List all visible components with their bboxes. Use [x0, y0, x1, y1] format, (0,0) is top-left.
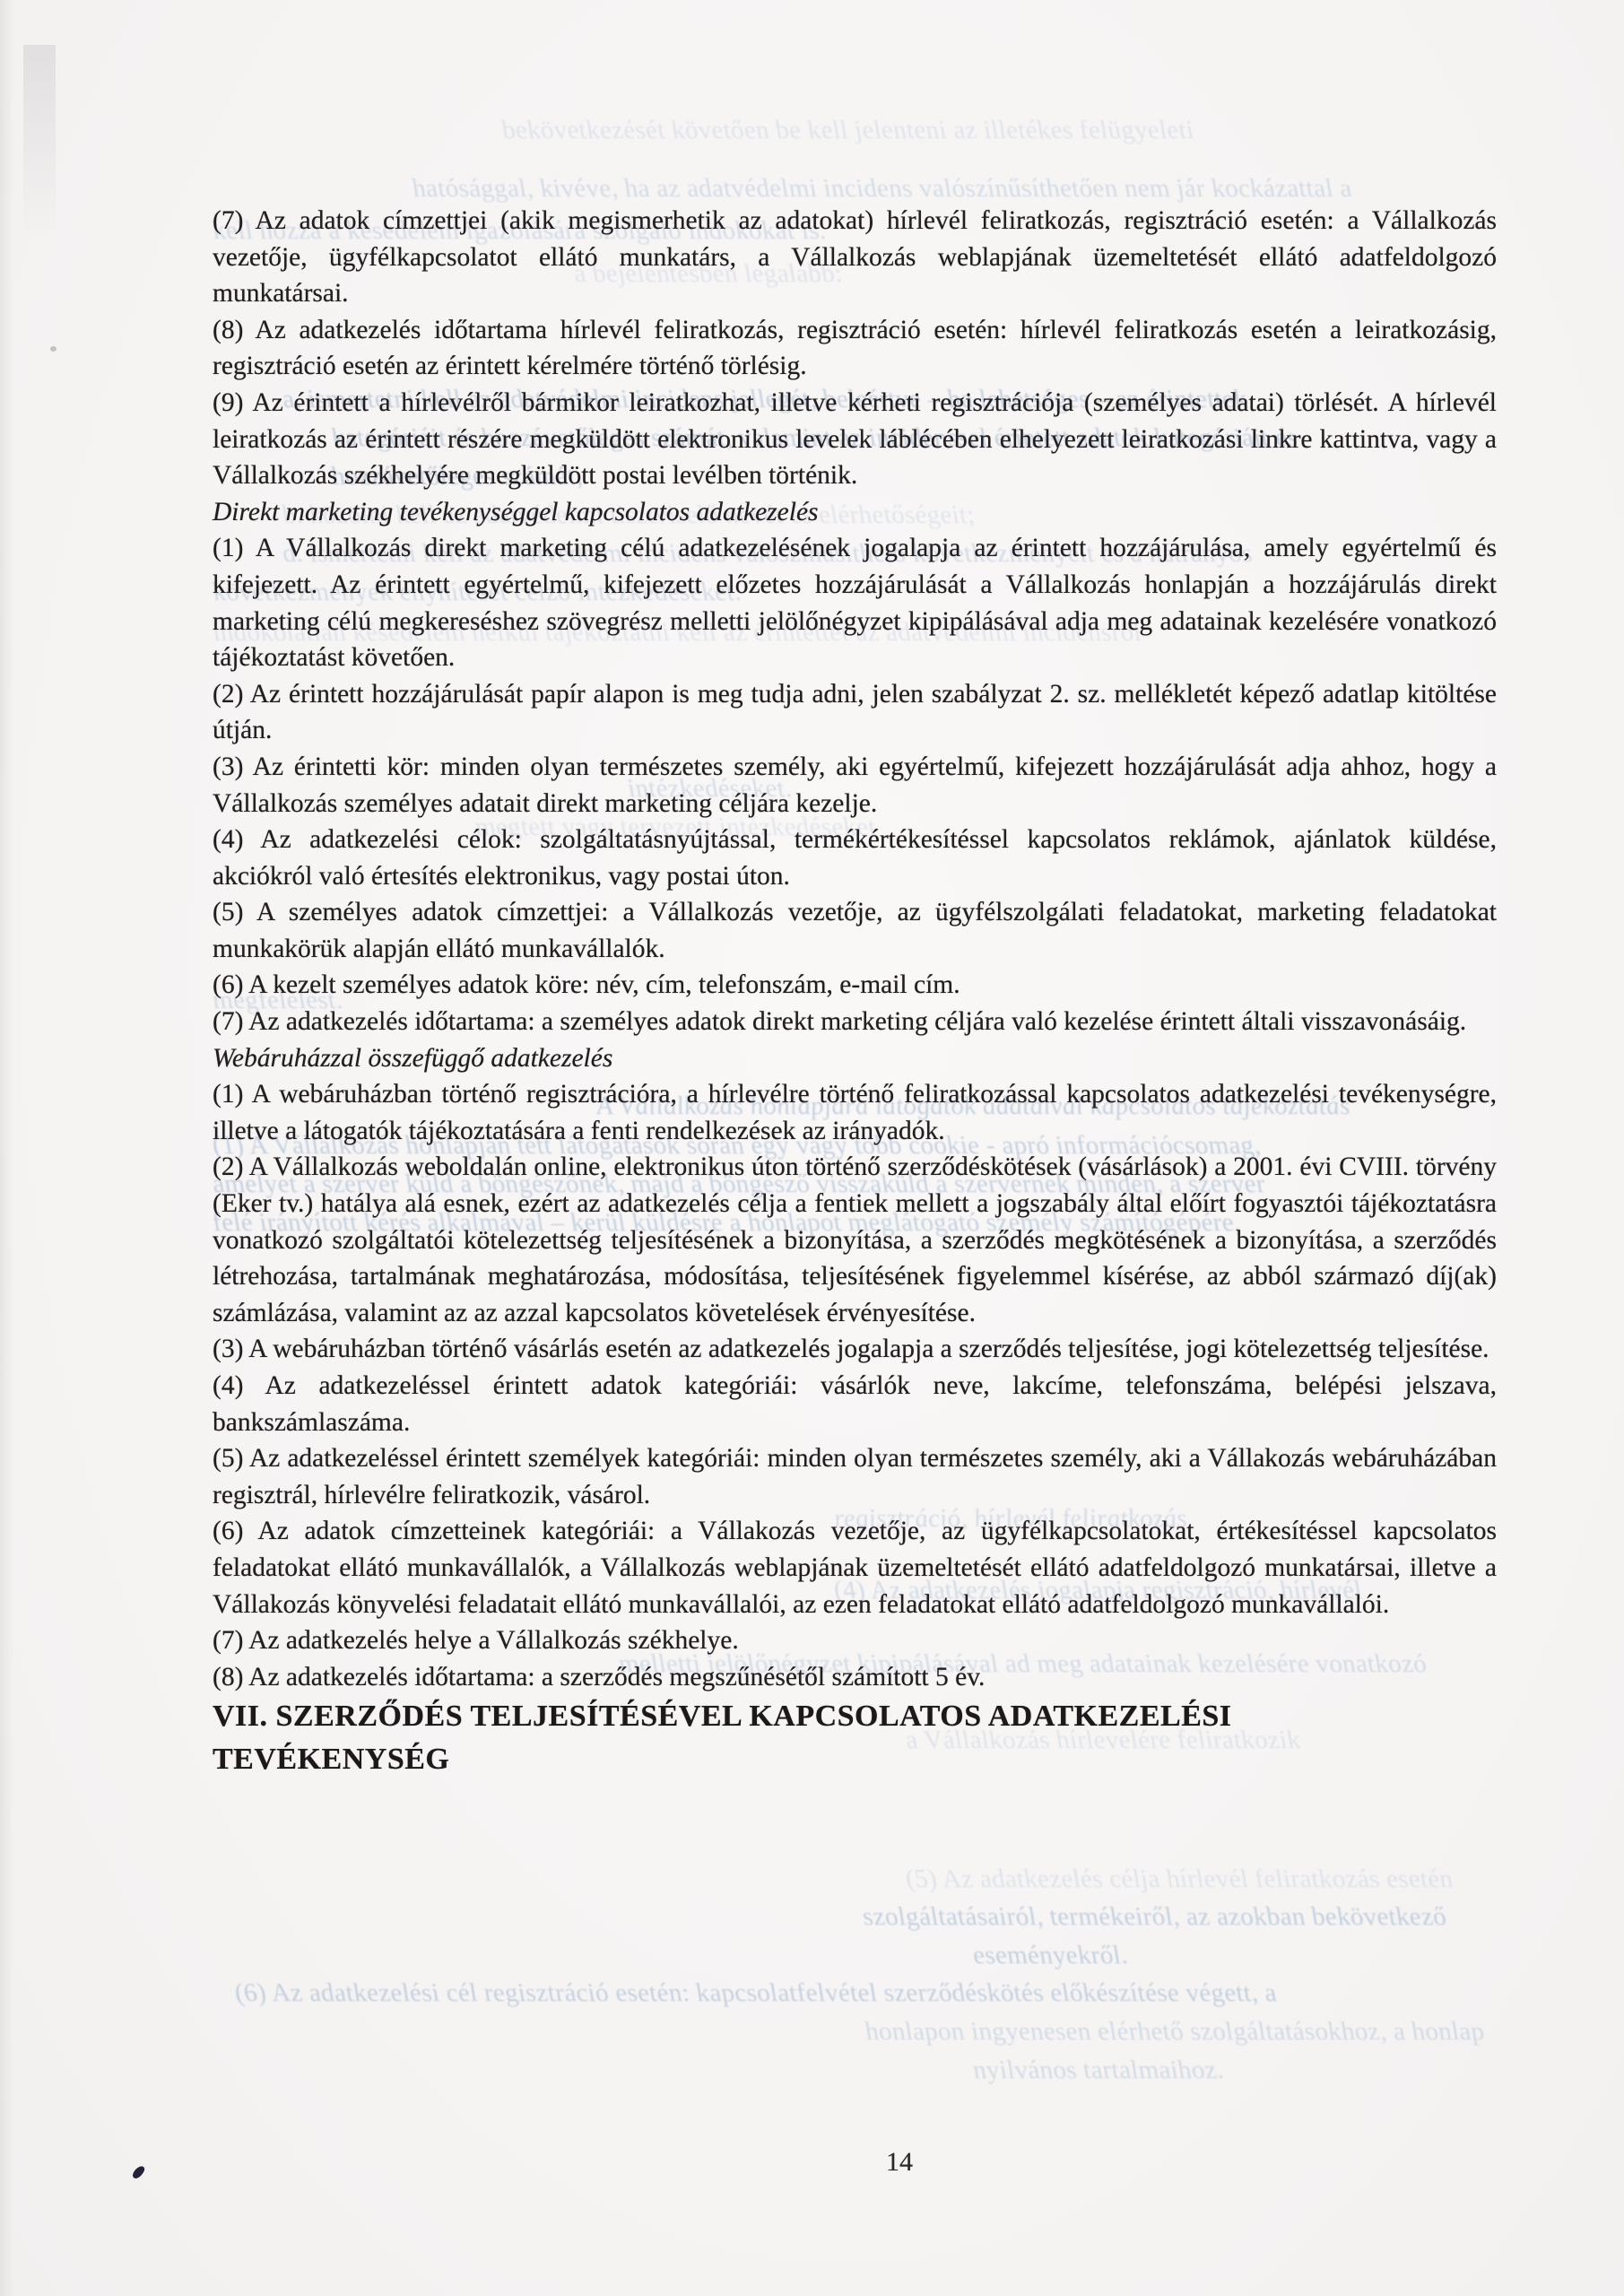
page-number: 14	[886, 2147, 913, 2178]
paragraph-ws-6: (6) Az adatok címzetteinek kategóriái: a…	[213, 1513, 1497, 1622]
bleedthrough-text: hatósággal, kivéve, ha az adatvédelmi in…	[410, 173, 1354, 204]
paragraph-dm-1: (1) A Vállalkozás direkt marketing célú …	[213, 530, 1497, 675]
bleedthrough-text: szolgáltatásairól, termékeiről, az azokb…	[860, 1901, 1448, 1932]
bleedthrough-text: bekövetkezését követően be kell jelenten…	[499, 115, 1195, 145]
paragraph-ws-4: (4) Az adatkezeléssel érintett adatok ka…	[213, 1368, 1497, 1440]
paragraph-newsletter-9: (9) Az érintett a hírlevélről bármikor l…	[213, 385, 1497, 494]
paragraph-ws-7: (7) Az adatkezelés helye a Vállalkozás s…	[213, 1622, 1497, 1659]
scanner-edge-artifact	[23, 45, 56, 238]
document-page: bekövetkezését követően be kell jelenten…	[0, 0, 1624, 2296]
paragraph-dm-2: (2) Az érintett hozzájárulását papír ala…	[213, 676, 1497, 749]
paragraph-dm-5: (5) A személyes adatok címzettjei: a Vál…	[213, 894, 1497, 967]
bleedthrough-text: nyilvános tartalmaihoz.	[970, 2055, 1225, 2085]
section-heading-webshop: Webáruházzal összefüggő adatkezelés	[213, 1040, 1497, 1077]
section-heading-direct-marketing: Direkt marketing tevékenységgel kapcsola…	[213, 494, 1497, 531]
ink-speck	[131, 2164, 146, 2180]
paragraph-newsletter-8: (8) Az adatkezelés időtartama hírlevél f…	[213, 312, 1497, 385]
paragraph-ws-3: (3) A webáruházban történő vásárlás eset…	[213, 1331, 1497, 1368]
ink-speck	[50, 346, 56, 352]
paragraph-ws-5: (5) Az adatkezeléssel érintett személyek…	[213, 1440, 1497, 1513]
paragraph-dm-6: (6) A kezelt személyes adatok köre: név,…	[213, 967, 1497, 1004]
paragraph-dm-7: (7) Az adatkezelés időtartama: a személy…	[213, 1004, 1497, 1040]
paragraph-ws-8: (8) Az adatkezelés időtartama: a szerződ…	[213, 1659, 1497, 1696]
paragraph-ws-1: (1) A webáruházban történő regisztrációr…	[213, 1076, 1497, 1149]
bleedthrough-text: eseményekről.	[970, 1940, 1130, 1970]
bleedthrough-text: (5) Az adatkezelés célja hírlevél felira…	[903, 1864, 1455, 1894]
paragraph-ws-2: (2) A Vállalkozás weboldalán online, ele…	[213, 1149, 1497, 1331]
paragraph-newsletter-7: (7) Az adatok címzettjei (akik megismerh…	[213, 203, 1497, 312]
bleedthrough-text: (6) Az adatkezelési cél regisztráció ese…	[232, 1978, 1279, 2008]
text-column: (7) Az adatok címzettjei (akik megismerh…	[213, 203, 1497, 1781]
bleedthrough-text: honlapon ingyenesen elérhető szolgáltatá…	[863, 2016, 1486, 2047]
paragraph-dm-3: (3) Az érintetti kör: minden olyan termé…	[213, 749, 1497, 822]
chapter-vii-heading: VII. SZERZŐDÉS TELJESÍTÉSÉVEL KAPCSOLATO…	[213, 1695, 1405, 1781]
paragraph-dm-4: (4) Az adatkezelési célok: szolgáltatásn…	[213, 822, 1497, 894]
